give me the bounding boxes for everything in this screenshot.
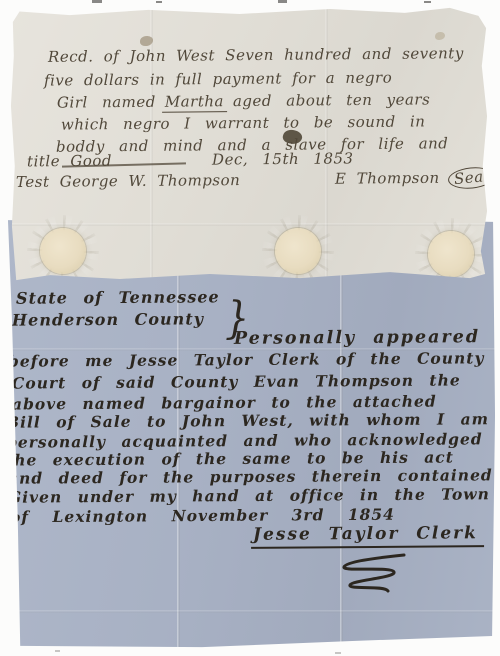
receipt-title-line: title Good — [27, 152, 112, 171]
certification-state-line: State of Tennessee — [16, 287, 220, 307]
clerk-signature: Jesse Taylor Clerk — [251, 523, 484, 549]
certification-line: Personally appeared — [234, 327, 480, 349]
scan-artifact — [278, 0, 287, 3]
enslaved-person-name: Martha — [162, 92, 227, 113]
receipt-date: Dec, 15th 1853 — [212, 149, 354, 168]
receipt-line-text: Girl named — [57, 93, 156, 112]
scroll-seal: Seal — [447, 165, 496, 190]
receipt-line: Girl namedMarthaaged about ten years — [57, 90, 430, 111]
wax-wafer-seal — [428, 231, 474, 277]
scan-artifact — [92, 0, 102, 3]
certification-document: State of Tennessee Henderson County } Pe… — [6, 218, 496, 648]
wax-wafer-seal — [275, 228, 321, 274]
certification-line: before me Jesse Taylor Clerk of the Coun… — [8, 348, 485, 370]
certification-date-line: of Lexington November 3rd 1854 — [10, 505, 395, 527]
receipt-line: Recd. of John West Seven hundred and sev… — [48, 44, 464, 66]
certification-line: Given under my hand at office in the Tow… — [8, 484, 490, 506]
scan-artifact — [335, 652, 341, 654]
certification-line: Bill of Sale to John West, with whom I a… — [6, 409, 489, 431]
receipt-line: five dollars in full payment for a negro — [44, 68, 392, 89]
receipt-line: which negro I warrant to be sound in — [61, 112, 426, 133]
witness-signature: Test George W. Thompson — [16, 171, 240, 191]
seller-signature: E ThompsonSeal — [335, 167, 495, 189]
scan-artifact — [156, 1, 162, 3]
scanned-documents-photo: { "colors": { "background": "#fcfcfb", "… — [0, 0, 500, 656]
fold-crease — [6, 610, 496, 613]
receipt-line-text: aged about ten years — [233, 90, 430, 110]
certification-county-line: Henderson County — [12, 309, 204, 329]
scan-artifact — [55, 650, 60, 652]
scan-artifact — [424, 1, 431, 3]
receipt-document: Recd. of John West Seven hundred and sev… — [10, 6, 488, 282]
seller-name: E Thompson — [335, 169, 440, 188]
paper-stain — [435, 32, 445, 40]
signature-flourish — [336, 552, 410, 598]
certification-line: Court of said County Evan Thompson the — [12, 370, 461, 392]
wax-wafer-seal — [40, 228, 86, 274]
